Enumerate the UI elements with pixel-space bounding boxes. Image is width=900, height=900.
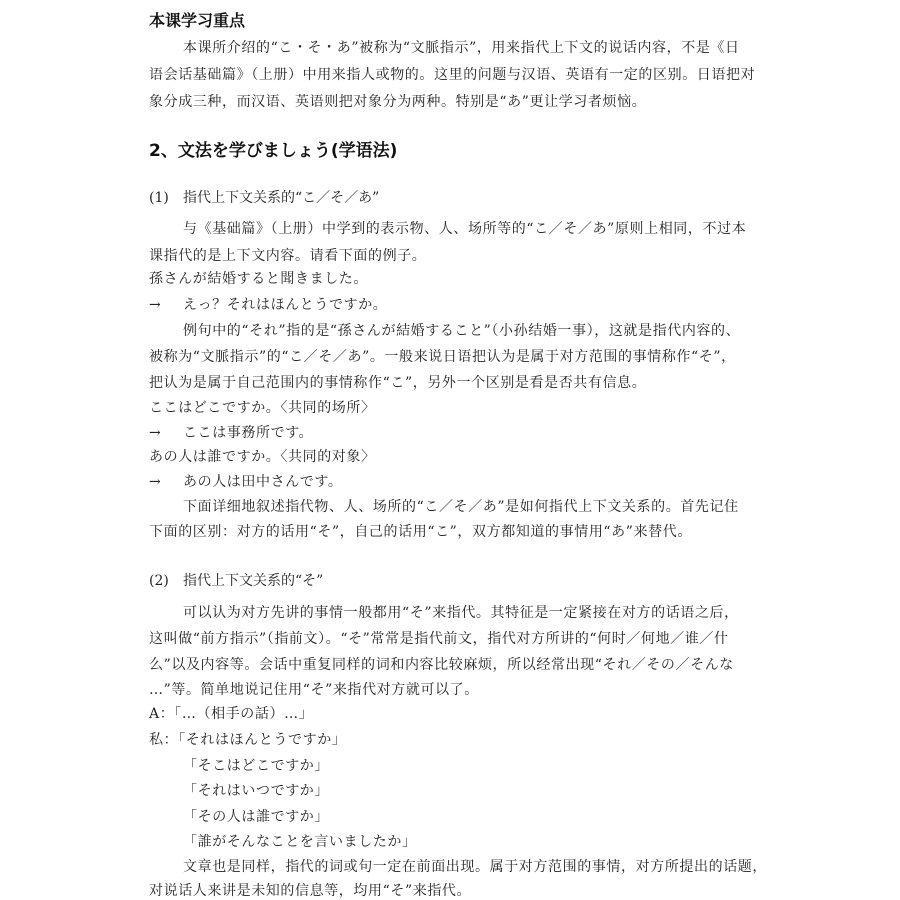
sub2-para1-line-1: 可以认为对方先讲的事情一般都用“そ”来指代。其特征是一定紧接在对方的话语之后，: [183, 604, 739, 622]
subsection-2-number: (2): [149, 573, 183, 589]
sub2-para2-line-1: 文章也是同样，指代的词或句一定在前面出现。属于对方范围的事情，对方所提出的话题，: [183, 858, 767, 876]
dialog-line-5: 「その人は誰ですか」: [183, 808, 329, 826]
sub1-para1-line-2: 课指代的是上下文内容。请看下面的例子。: [149, 247, 426, 265]
sub1-para3-line-2: 下面的区别：对方的话用“そ”，自己的话用“こ”，双方都知道的事情用“あ”来替代。: [149, 523, 692, 541]
arrow-icon: →: [149, 473, 183, 491]
subsection-2-heading: (2)指代上下文关系的“そ”: [149, 570, 323, 590]
example-3-question: あの人は誰ですか。〈共同的对象〉: [149, 448, 376, 466]
dialog-line-3: 「そこはどこですか」: [183, 757, 329, 775]
example-2-question: ここはどこですか。〈共同的场所〉: [149, 399, 376, 417]
sub1-para1-line-1: 与《基础篇》（上册）中学到的表示物、人、场所等的“こ／そ／あ”原则上相同，不过本: [183, 220, 746, 238]
dialog-line-6: 「誰がそんなことを言いましたか」: [183, 833, 417, 851]
intro-line-1: 本课所介绍的“こ・そ・あ”被称为“文脈指示”，用来指代上下文的说话内容，不是《日: [183, 39, 740, 57]
sub1-para3-line-1: 下面详细地叙述指代物、人、场所的“こ／そ／あ”是如何指代上下文关系的。首先记住: [183, 498, 739, 516]
dialog-line-4: 「それはいつですか」: [183, 782, 329, 800]
subsection-1-heading: (1)指代上下文关系的“こ／そ／あ”: [149, 187, 379, 207]
arrow-icon: →: [149, 296, 183, 314]
subsection-1-title: 指代上下文关系的“こ／そ／あ”: [183, 190, 379, 206]
sub1-para2-line-2: 被称为“文脈指示”的“こ／そ／あ”。一般来说日语把认为是属于对方范围的事情称作“…: [149, 348, 736, 366]
example-1-answer: →えっ？それはほんとうですか。: [149, 296, 387, 314]
section-title: 2、文法を学びましょう(学语法): [149, 136, 397, 161]
subsection-2-title: 指代上下文关系的“そ”: [183, 573, 323, 589]
example-1-question: 孫さんが結婚すると聞きました。: [149, 270, 368, 288]
sub2-para1-line-4: …”等。简单地说记住用“そ”来指代对方就可以了。: [149, 681, 479, 699]
sub2-para2-line-2: 对说话人来讲是未知的信息等，均用“そ”来指代。: [149, 882, 471, 900]
sub1-para2-line-1: 例句中的“それ”指的是“孫さんが結婚すること”（小孙结婚一事），这就是指代内容的…: [183, 322, 740, 340]
lesson-focus-heading: 本课学习重点: [149, 8, 245, 31]
sub2-para1-line-2: 这叫做“前方指示”（指前文）。“そ”常常是指代前文，指代对方所讲的“何时／何地／…: [149, 630, 729, 648]
intro-line-2: 语会话基础篇》（上册）中用来指人或物的。这里的问题与汉语、英语有一定的区别。日语…: [149, 66, 755, 84]
sub2-para1-line-3: 么”以及内容等。会话中重复同样的词和内容比较麻烦，所以经常出现“それ／その／そん…: [149, 656, 734, 674]
subsection-1-number: (1): [149, 190, 183, 206]
sub1-para2-line-3: 把认为是属于自己范围内的事情称作“こ”，另外一个区别是看是否共有信息。: [149, 374, 646, 392]
example-2-answer: →ここは事務所です。: [149, 424, 313, 442]
dialog-line-me: 私：「それはほんとうですか」: [149, 731, 346, 749]
arrow-icon: →: [149, 424, 183, 442]
example-3-answer: →あの人は田中さんです。: [149, 473, 342, 491]
dialog-line-a: A：「…（相手の話）…」: [149, 705, 313, 723]
intro-line-3: 象分成三种，而汉语、英语则把对象分为两种。特别是“あ”更让学习者烦恼。: [149, 93, 646, 111]
